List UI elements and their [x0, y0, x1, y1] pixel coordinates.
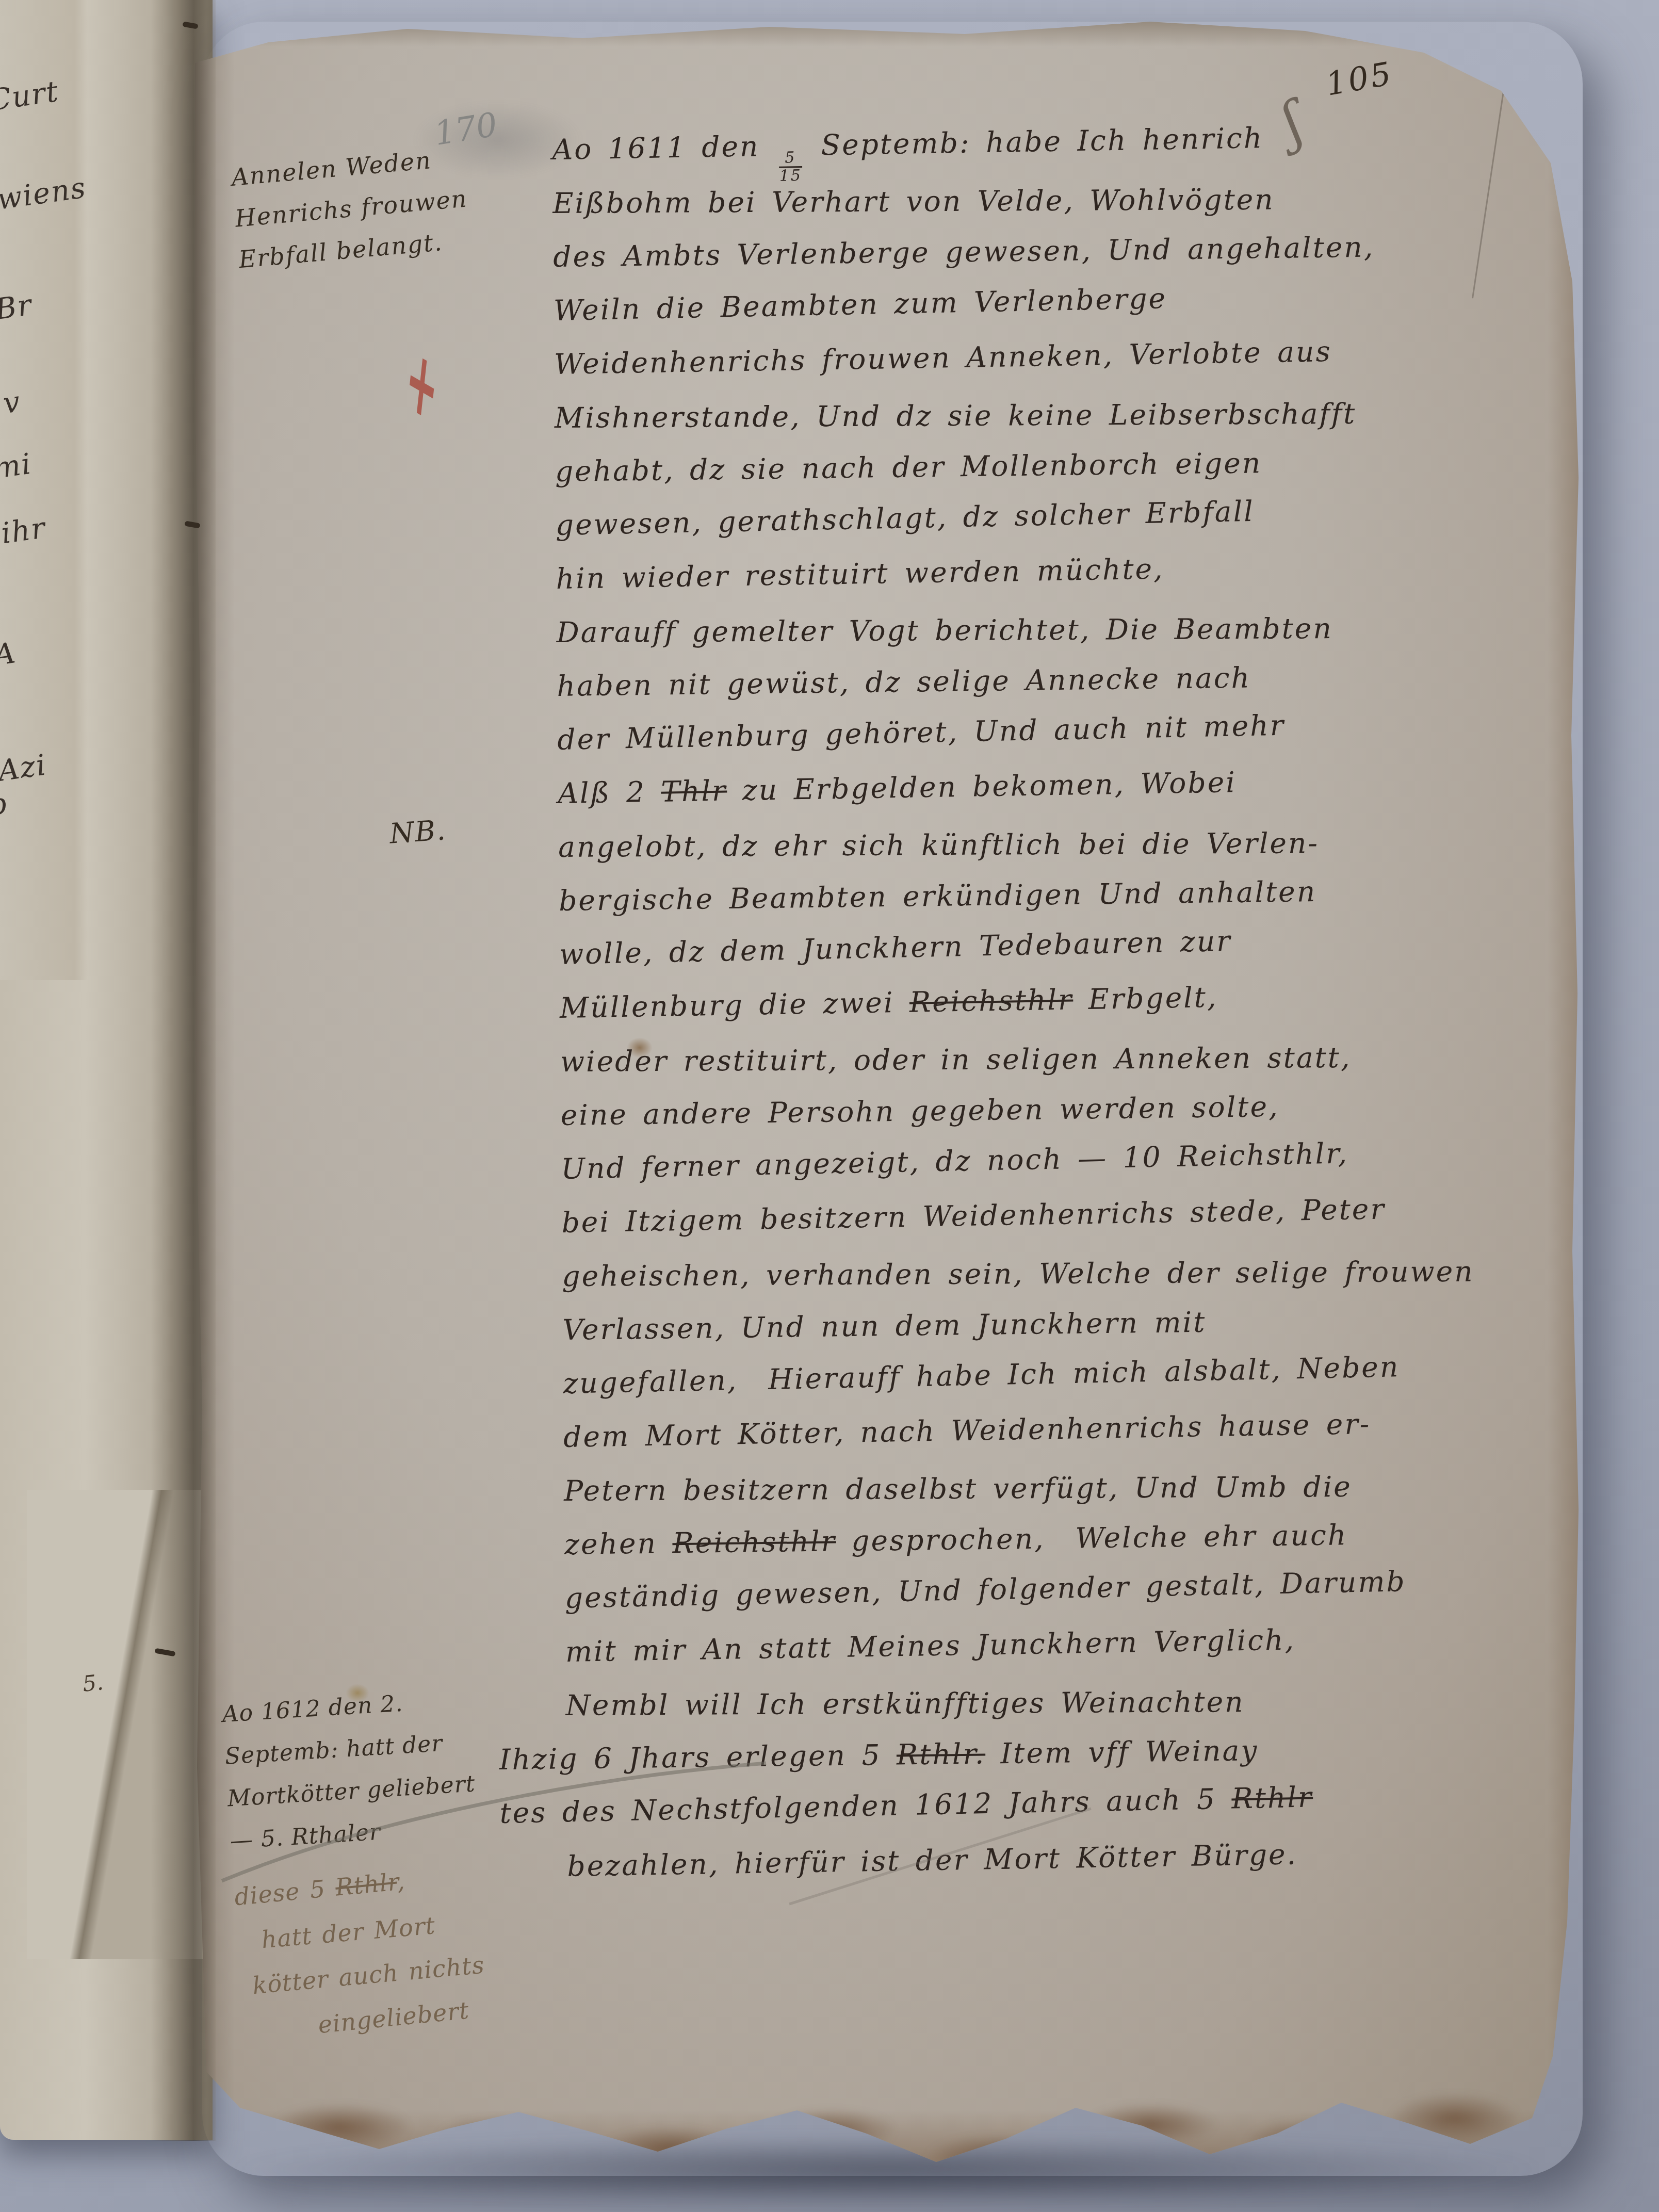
margin-note-heading: Annelen Weden Henrichs frouwen Erbfall b…: [230, 137, 473, 280]
manuscript-photo: Curt wiens Br v mi ihr A Azi b 5.: [0, 0, 1659, 2212]
manuscript-line: Ao 1611 den 515 Septemb: habe Ich henric…: [552, 108, 1465, 176]
binding-gutter: [151, 0, 216, 2141]
binding-stitch: [182, 21, 198, 29]
page-bottom-shadow: [222, 2136, 1553, 2203]
handwriting-fragment: mi: [0, 440, 88, 486]
handwriting-fragment: wiens: [0, 171, 88, 217]
handwriting-fragment: Curt: [0, 71, 88, 118]
red-cross-mark: +: [401, 324, 443, 445]
handwriting-fragment: v: [1, 376, 88, 420]
handwriting-fragment: ihr: [0, 506, 88, 551]
margin-number: 5.: [82, 1669, 105, 1697]
binding-stitch: [184, 521, 200, 528]
previous-page-edge: Curt wiens Br v mi ihr A Azi b: [0, 0, 88, 980]
handwriting-fragment: A: [0, 626, 88, 673]
nota-bene-mark: NB.: [388, 814, 447, 850]
handwriting-fragment: Br: [0, 281, 88, 327]
page-number: 105: [1323, 54, 1396, 103]
margin-note-faint: diese 5 Rthlr, hatt der Mort kötter auch…: [227, 1854, 491, 2055]
margin-note-delivery: Ao 1612 den 2. Septemb: hatt der Mortköt…: [221, 1679, 479, 1863]
manuscript-page: 105 ʃ 170 Annelen Weden Henrichs frouwen…: [191, 13, 1584, 2187]
main-text-block: Ao 1611 den 515 Septemb: habe Ich henric…: [552, 115, 1479, 1893]
binding-stitch: [154, 1648, 175, 1657]
